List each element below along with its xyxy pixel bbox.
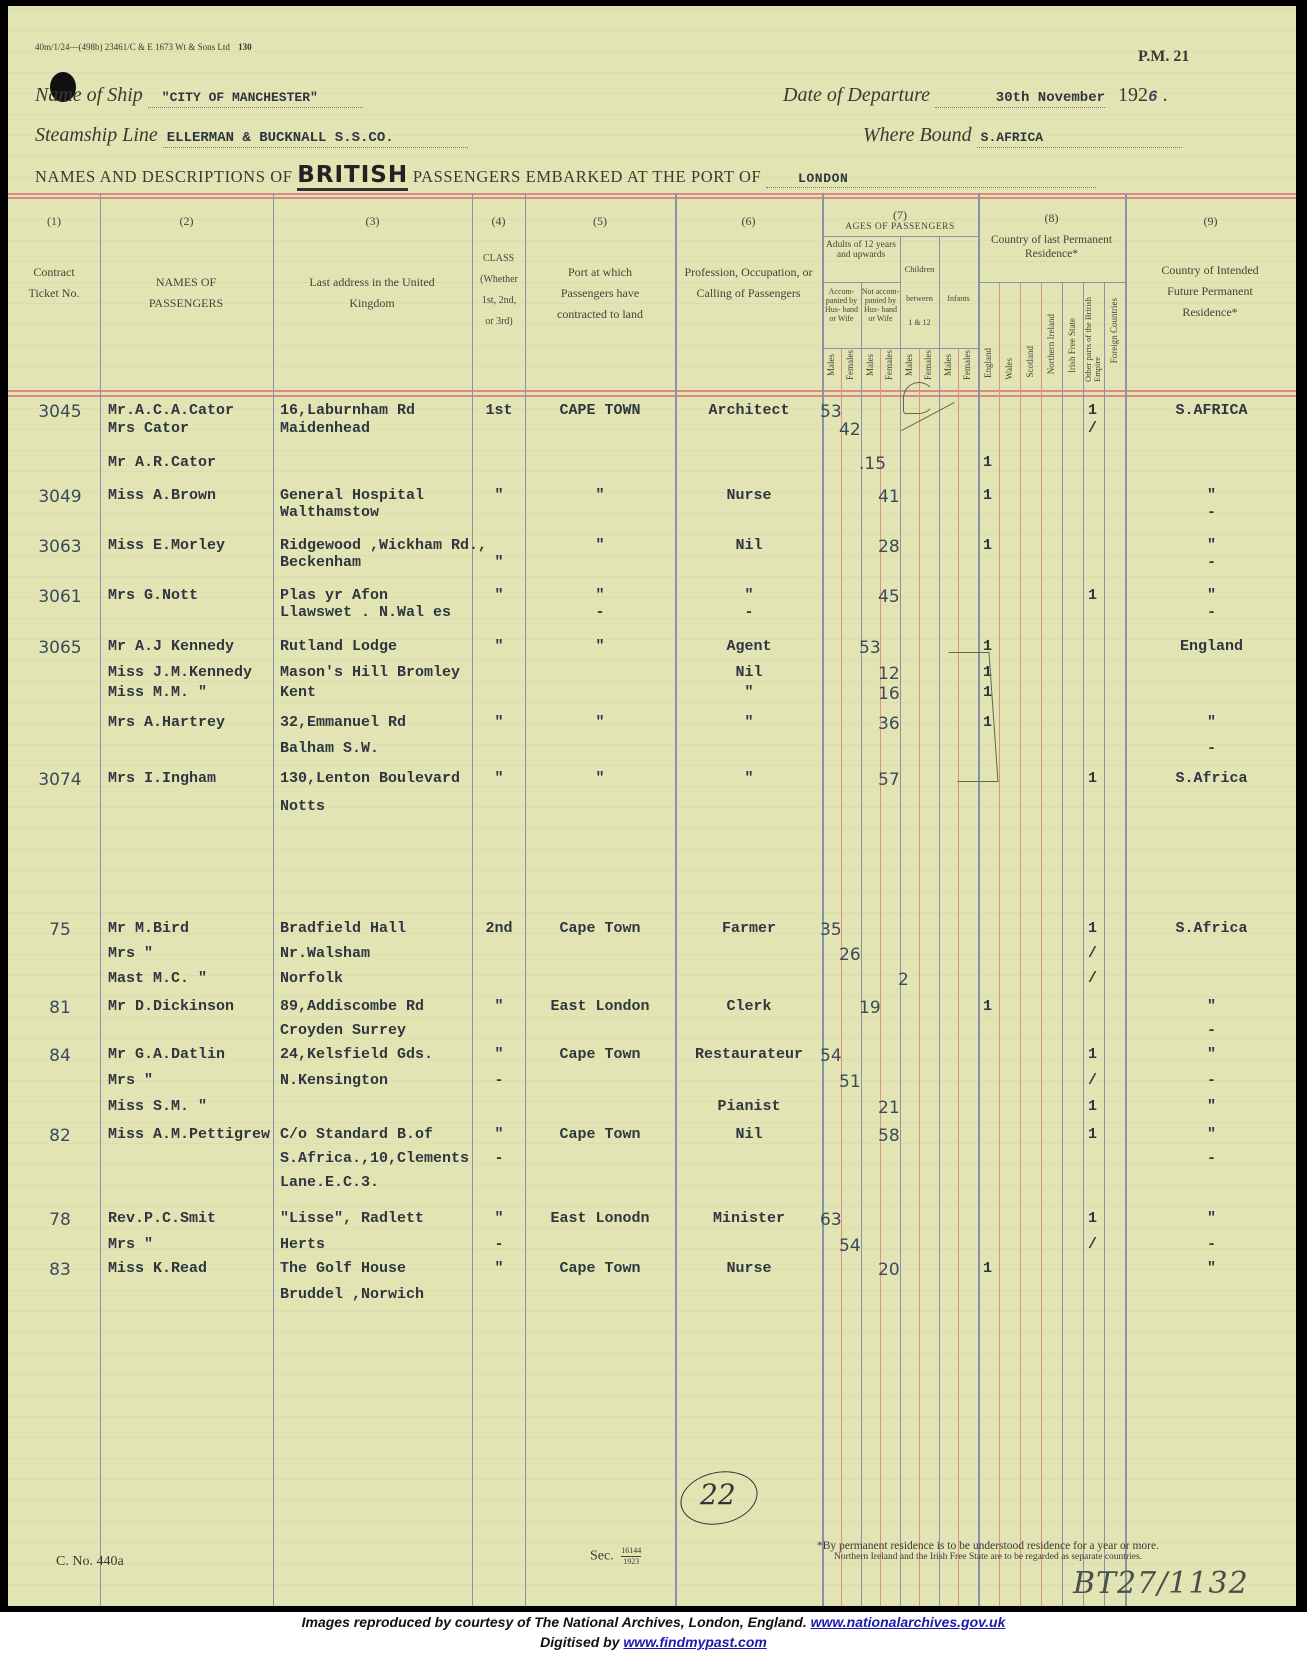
future-residence: S.Africa	[1127, 770, 1296, 787]
last-residence-mark: 1	[983, 454, 992, 471]
port-line: LONDON	[766, 167, 1096, 188]
last-residence-mark: /	[1088, 970, 1097, 987]
future-residence: -	[1127, 740, 1296, 757]
age-sub-females-3: Females	[923, 350, 933, 380]
last-address: Llawswet . N.Wal es	[280, 604, 451, 621]
landing-port: East Lonodn	[527, 1210, 673, 1227]
last-address: General Hospital	[280, 487, 424, 504]
passenger-name: Miss J.M.Kennedy	[108, 664, 252, 681]
passenger-name: Rev.P.C.Smit	[108, 1210, 216, 1227]
where-bound-value: S.AFRICA	[981, 130, 1043, 145]
title-post: PASSENGERS EMBARKED AT THE PORT OF	[413, 167, 761, 186]
credit-digitised-text: Digitised by	[540, 1634, 619, 1650]
col9-number: (9)	[1125, 211, 1296, 232]
col7-number: (7)	[822, 209, 978, 221]
passenger-name: Miss S.M. "	[108, 1098, 207, 1115]
last-residence-mark: 1	[1088, 587, 1097, 604]
profession: Nil	[677, 664, 821, 681]
res-sub-irish-free-state: Irish Free State	[1067, 318, 1077, 373]
passenger-age: 41	[878, 487, 900, 507]
profession: "	[677, 770, 821, 787]
passenger-age: 19	[859, 998, 881, 1018]
sec-fraction: 16144 1923	[621, 1546, 641, 1567]
last-residence-mark: 1	[1088, 1046, 1097, 1063]
last-address: Norfolk	[280, 970, 343, 987]
col8-label: Country of last Permanent Residence*	[989, 233, 1114, 261]
future-residence: "	[1127, 1210, 1296, 1227]
passenger-name: Miss M.M. "	[108, 684, 207, 701]
passenger-class: "	[474, 587, 524, 604]
passenger-age: 26	[839, 945, 861, 965]
landing-port: "	[527, 714, 673, 731]
passenger-age: 45	[878, 587, 900, 607]
profession: Agent	[677, 638, 821, 655]
ticket-number: 81	[30, 998, 90, 1018]
col5-header: (5) Port at which Passengers have contra…	[525, 211, 675, 325]
last-residence-mark: 1	[1088, 1210, 1097, 1227]
res-sub-line	[1104, 282, 1105, 1606]
last-address: "Lisse", Radlett	[280, 1210, 424, 1227]
check-mark-annotation	[903, 382, 935, 414]
passenger-class: "	[474, 714, 524, 731]
landing-port: "	[527, 638, 673, 655]
future-residence: "	[1127, 1098, 1296, 1115]
col9-label: Country of Intended Future Permanent Res…	[1145, 260, 1275, 323]
future-residence: -	[1127, 504, 1296, 521]
last-address: Maidenhead	[280, 420, 370, 437]
col-divider-3	[472, 193, 473, 1606]
page-number-handwritten: 22	[700, 1478, 736, 1511]
age-sub-line	[900, 236, 901, 1606]
where-bound-label: Where Bound	[863, 124, 972, 146]
passenger-age: 12	[878, 664, 900, 684]
where-bound-field: Where Bound S.AFRICA	[863, 124, 1182, 148]
profession: Restaurateur	[677, 1046, 821, 1063]
age-header-rule	[822, 282, 900, 283]
passenger-name: Mr D.Dickinson	[108, 998, 234, 1015]
passenger-age: 36	[878, 714, 900, 734]
departure-date-field: Date of Departure 30th November 1926 .	[783, 84, 1168, 108]
last-address: Nr.Walsham	[280, 945, 370, 962]
title-pre: NAMES AND DESCRIPTIONS OF	[35, 167, 293, 186]
last-address: Bruddel ,Norwich	[280, 1286, 424, 1303]
future-residence: "	[1127, 1046, 1296, 1063]
future-residence: -	[1127, 1150, 1296, 1167]
last-address: Mason's Hill Bromley	[280, 664, 460, 681]
passenger-class: "	[474, 1126, 524, 1143]
future-residence: "	[1127, 1260, 1296, 1277]
last-address: Lane.E.C.3.	[280, 1174, 379, 1191]
last-residence-mark: 1	[983, 537, 992, 554]
col9-header: (9) Country of Intended Future Permanent…	[1125, 211, 1296, 323]
between-range: 1 & 12	[900, 318, 939, 328]
profession: Nurse	[677, 487, 821, 504]
passenger-class: "	[474, 487, 524, 504]
future-residence: "	[1127, 714, 1296, 731]
archive-reference-handwritten: BT27/1132	[1073, 1566, 1249, 1601]
profession: Minister	[677, 1210, 821, 1227]
col1-number: (1)	[8, 211, 100, 232]
passenger-age: 2	[898, 970, 909, 990]
col4-label: CLASS	[472, 248, 525, 269]
col7-header: (7) AGES OF PASSENGERS	[822, 209, 978, 233]
passenger-age: 42	[839, 420, 861, 440]
passenger-class: "	[474, 638, 524, 655]
last-residence-mark: 1	[1088, 1126, 1097, 1143]
last-residence-mark: 1	[983, 998, 992, 1015]
last-residence-mark: 1	[1088, 1098, 1097, 1115]
last-residence-mark: /	[1088, 945, 1097, 962]
header-top-rule	[8, 193, 1296, 195]
footnote-line-1: *By permanent residence is to be underst…	[738, 1540, 1238, 1552]
col6-label: Profession, Occupation, or Calling of Pa…	[681, 262, 816, 304]
departure-date-line: 30th November	[935, 84, 1105, 108]
passenger-name: Mr G.A.Datlin	[108, 1046, 225, 1063]
between-header: between 1 & 12	[900, 294, 939, 328]
profession: -	[677, 604, 821, 621]
landing-port: -	[527, 604, 673, 621]
passenger-age: 58	[878, 1126, 900, 1146]
ship-name-label: Name of Ship	[35, 84, 143, 106]
res-sub-line	[1062, 282, 1063, 1606]
ticket-number: 83	[30, 1260, 90, 1280]
passenger-class: 1st	[474, 402, 524, 419]
future-residence: -	[1127, 1022, 1296, 1039]
passenger-name: Miss E.Morley	[108, 537, 225, 554]
last-address: Ridgewood ,Wickham Rd.,	[280, 537, 487, 554]
last-residence-mark: 1	[983, 487, 992, 504]
res-sub-line	[1020, 282, 1021, 1606]
age-header-rule	[822, 236, 978, 237]
credit-line-1: Images reproduced by courtesy of The Nat…	[0, 1612, 1307, 1632]
age-sub-females-1: Females	[845, 350, 855, 380]
profession: Nurse	[677, 1260, 821, 1277]
profession: "	[677, 714, 821, 731]
children-header: Children	[900, 264, 939, 274]
ticket-number: 75	[30, 920, 90, 940]
passenger-age: 35	[820, 920, 842, 940]
landing-port: "	[527, 770, 673, 787]
passenger-age: 54	[820, 1046, 842, 1066]
landing-port: Cape Town	[527, 920, 673, 937]
future-residence: "	[1127, 1126, 1296, 1143]
landing-port: "	[527, 587, 673, 604]
last-address: Notts	[280, 798, 325, 815]
footnote: *By permanent residence is to be underst…	[738, 1540, 1238, 1562]
last-address: The Golf House	[280, 1260, 406, 1277]
passenger-name: Miss A.M.Pettigrew	[108, 1126, 270, 1143]
passenger-name: Mrs Cator	[108, 420, 189, 437]
not-accompanied-header: Not accom- panied by Hus- band or Wife	[861, 287, 900, 323]
passenger-age: 28	[878, 537, 900, 557]
last-address: 16,Laburnham Rd	[280, 402, 415, 419]
header-top-rule-2	[8, 197, 1296, 199]
print-code-text: 40m/1/24—(498b) 23461/C & E 1673 Wt & So…	[35, 42, 230, 52]
col4-sublabel: (Whether 1st, 2nd, or 3rd)	[477, 269, 521, 332]
future-residence: "	[1127, 998, 1296, 1015]
future-residence: England	[1127, 638, 1296, 655]
future-residence: -	[1127, 604, 1296, 621]
age-sub-line	[939, 236, 940, 1606]
future-residence: "	[1127, 537, 1296, 554]
departure-year-printed: 192	[1118, 84, 1148, 106]
passenger-name: Mr A.R.Cator	[108, 454, 216, 471]
departure-date-label: Date of Departure	[783, 84, 930, 106]
passenger-name: Mrs "	[108, 945, 153, 962]
sec-reference: Sec. 16144 1923	[590, 1546, 641, 1567]
ticket-number: 3074	[30, 770, 90, 790]
col-divider-7	[978, 193, 980, 1606]
last-residence-mark: /	[1088, 420, 1097, 437]
future-residence: -	[1127, 1072, 1296, 1089]
ticket-number: 84	[30, 1046, 90, 1066]
passenger-age: 63	[820, 1210, 842, 1230]
passenger-class: "	[474, 1046, 524, 1063]
passenger-class: "	[474, 554, 524, 571]
age-sub-females-2: Females	[884, 350, 894, 380]
profession: Clerk	[677, 998, 821, 1015]
col3-number: (3)	[273, 211, 472, 232]
res-sub-england: England	[983, 348, 993, 378]
passenger-name: Mr.A.C.A.Cator	[108, 402, 234, 419]
passenger-name: Mrs A.Hartrey	[108, 714, 225, 731]
last-address: C/o Standard B.of	[280, 1126, 433, 1143]
last-residence-mark: /	[1088, 1236, 1097, 1253]
last-address: Herts	[280, 1236, 325, 1253]
age-sub-males-2: Males	[865, 354, 875, 376]
last-residence-mark: 1	[983, 1260, 992, 1277]
where-bound-line: S.AFRICA	[977, 124, 1182, 148]
last-address: N.Kensington	[280, 1072, 388, 1089]
passenger-age: 16	[878, 684, 900, 704]
ship-name-field: Name of Ship "CITY OF MANCHESTER"	[35, 84, 395, 108]
adults-header: Adults of 12 years and upwards	[822, 240, 900, 260]
last-address: Balham S.W.	[280, 740, 379, 757]
col6-header: (6) Profession, Occupation, or Calling o…	[675, 211, 822, 304]
last-address: 32,Emmanuel Rd	[280, 714, 406, 731]
age-sub-females-4: Females	[962, 350, 972, 380]
profession: Architect	[677, 402, 821, 419]
ship-name-line: "CITY OF MANCHESTER"	[148, 84, 363, 108]
passenger-class: "	[474, 998, 524, 1015]
col4-number: (4)	[472, 211, 525, 232]
port-value: LONDON	[798, 171, 848, 186]
sec-denominator: 1923	[621, 1557, 641, 1567]
passenger-name: Mrs I.Ingham	[108, 770, 216, 787]
form-number: P.M. 21	[1138, 48, 1189, 66]
steamship-line-line: ELLERMAN & BUCKNALL S.S.CO.	[163, 124, 468, 148]
ticket-number: 82	[30, 1126, 90, 1146]
col-divider-4	[525, 193, 526, 1606]
age-sub-line	[841, 348, 842, 1606]
col-divider-2	[273, 193, 274, 1606]
age-sub-males-3: Males	[904, 354, 914, 376]
passenger-class: -	[474, 1072, 524, 1089]
landing-port: Cape Town	[527, 1260, 673, 1277]
age-sub-line	[958, 348, 959, 1606]
title-british: BRITISH	[297, 162, 408, 191]
passenger-name: Mrs "	[108, 1072, 153, 1089]
ship-name-value: "CITY OF MANCHESTER"	[162, 90, 318, 105]
col5-number: (5)	[525, 211, 675, 232]
col3-header: (3) Last address in the United Kingdom	[273, 211, 472, 314]
age-sub-males-4: Males	[943, 354, 953, 376]
last-address: S.Africa.,10,Clements	[280, 1150, 469, 1167]
profession: Nil	[677, 1126, 821, 1143]
res-sub-northern-ireland: Northern Ireland	[1046, 314, 1056, 374]
col2-number: (2)	[100, 211, 273, 232]
last-residence-mark: 1	[1088, 402, 1097, 419]
res-sub-foreign: Foreign Countries	[1109, 298, 1119, 363]
infants-header: Infants	[939, 294, 978, 304]
credit-footer: Images reproduced by courtesy of The Nat…	[0, 1612, 1307, 1655]
future-residence: S.Africa	[1127, 920, 1296, 937]
profession: Pianist	[677, 1098, 821, 1115]
sec-label: Sec.	[590, 1549, 614, 1564]
passenger-name: Mast M.C. "	[108, 970, 207, 987]
header-bottom-rule	[8, 390, 1296, 392]
col6-number: (6)	[675, 211, 822, 232]
col4-header: (4) CLASS (Whether 1st, 2nd, or 3rd)	[472, 211, 525, 332]
col8-number: (8)	[978, 211, 1125, 225]
departure-year-typed: 6	[1148, 88, 1158, 106]
form-title: NAMES AND DESCRIPTIONS OF BRITISH PASSEN…	[35, 162, 1096, 188]
age-sub-line	[919, 348, 920, 1606]
last-address: Walthamstow	[280, 504, 379, 521]
last-address: 89,Addiscombe Rd	[280, 998, 424, 1015]
col5-label: Port at which Passengers have contracted…	[545, 262, 655, 325]
landing-port: "	[527, 487, 673, 504]
profession: "	[677, 587, 821, 604]
passenger-name: Mr A.J Kennedy	[108, 638, 234, 655]
last-address: Rutland Lodge	[280, 638, 397, 655]
last-address: Plas yr Afon	[280, 587, 388, 604]
ticket-number: 78	[30, 1210, 90, 1230]
print-code-number: 130	[238, 42, 252, 52]
res-sub-british-empire: Other parts of the British Empire	[1084, 286, 1102, 382]
ticket-number: 3045	[30, 402, 90, 422]
landing-port: "	[527, 537, 673, 554]
passenger-age: 53	[859, 638, 881, 658]
document-scan: 40m/1/24—(498b) 23461/C & E 1673 Wt & So…	[0, 0, 1307, 1612]
passenger-age: 21	[878, 1098, 900, 1118]
landing-port: East London	[527, 998, 673, 1015]
last-address: Beckenham	[280, 554, 361, 571]
res-sub-line	[1041, 282, 1042, 1606]
footnote-line-2: Northern Ireland and the Irish Free Stat…	[738, 1552, 1238, 1562]
credit-line-2: Digitised by www.findmypast.com	[0, 1632, 1307, 1652]
ticket-number: 3049	[30, 487, 90, 507]
passenger-age: 53	[820, 402, 842, 422]
last-address: 130,Lenton Boulevard	[280, 770, 460, 787]
last-residence-mark: 1	[1088, 770, 1097, 787]
passenger-age: 57	[878, 770, 900, 790]
passenger-name: Miss A.Brown	[108, 487, 216, 504]
passenger-name: Mr M.Bird	[108, 920, 189, 937]
future-residence: S.AFRICA	[1127, 402, 1296, 419]
ticket-number: 3065	[30, 638, 90, 658]
passenger-name: Mrs G.Nott	[108, 587, 198, 604]
landing-port: Cape Town	[527, 1046, 673, 1063]
last-address: Kent	[280, 684, 316, 701]
col1-header: (1) Contract Ticket No.	[8, 211, 100, 304]
res-sub-line	[999, 282, 1000, 1606]
steamship-line-field: Steamship Line ELLERMAN & BUCKNALL S.S.C…	[35, 124, 515, 148]
future-residence: -	[1127, 554, 1296, 571]
last-residence-mark: 1	[1088, 920, 1097, 937]
passenger-list-form: 40m/1/24—(498b) 23461/C & E 1673 Wt & So…	[8, 6, 1296, 1606]
future-residence: "	[1127, 487, 1296, 504]
passenger-age: 51	[839, 1072, 861, 1092]
res-header-rule	[978, 282, 1125, 283]
passenger-name: Miss K.Read	[108, 1260, 207, 1277]
col-divider-1	[100, 193, 101, 1606]
age-sub-line	[861, 282, 862, 1606]
future-residence: -	[1127, 1236, 1296, 1253]
findmypast-link[interactable]: www.findmypast.com	[623, 1634, 766, 1650]
col2-label: NAMES OF PASSENGERS	[136, 272, 236, 314]
steamship-line-label: Steamship Line	[35, 124, 158, 146]
res-sub-wales: Wales	[1004, 358, 1014, 380]
last-address: 24,Kelsfield Gds.	[280, 1046, 433, 1063]
print-code: 40m/1/24—(498b) 23461/C & E 1673 Wt & So…	[35, 42, 252, 52]
passenger-name: Mrs "	[108, 1236, 153, 1253]
passenger-class: "	[474, 1260, 524, 1277]
col3-label: Last address in the United Kingdom	[307, 272, 437, 314]
between-label: between	[900, 294, 939, 304]
ticket-number: 3063	[30, 537, 90, 557]
sec-numerator: 16144	[621, 1546, 641, 1557]
departure-date-value: 30th November	[996, 90, 1105, 106]
col8-header: (8) Country of last Permanent Residence*	[978, 211, 1125, 261]
credit-archives-text: Images reproduced by courtesy of The Nat…	[302, 1614, 807, 1630]
passenger-class: "	[474, 770, 524, 787]
passenger-class: 2nd	[474, 920, 524, 937]
age-header-rule	[822, 348, 978, 349]
last-residence-mark: /	[1088, 1072, 1097, 1089]
landing-port: CAPE TOWN	[527, 402, 673, 419]
last-address: Croyden Surrey	[280, 1022, 406, 1039]
passenger-class: "	[474, 1210, 524, 1227]
passenger-age: .15	[859, 454, 886, 474]
profession: Nil	[677, 537, 821, 554]
header-bottom-rule-2	[8, 395, 1296, 397]
c-number: C. No. 440a	[56, 1554, 124, 1570]
last-address: Bradfield Hall	[280, 920, 406, 937]
profession: "	[677, 684, 821, 701]
national-archives-link[interactable]: www.nationalarchives.gov.uk	[811, 1614, 1006, 1630]
accompanied-header: Accom- panied by Hus- band or Wife	[822, 287, 861, 323]
steamship-line-value: ELLERMAN & BUCKNALL S.S.CO.	[167, 130, 394, 146]
passenger-class: -	[474, 1150, 524, 1167]
landing-port: Cape Town	[527, 1126, 673, 1143]
res-sub-line	[1083, 282, 1084, 1606]
res-sub-scotland: Scotland	[1025, 346, 1035, 378]
col7-label: AGES OF PASSENGERS	[822, 221, 978, 233]
col1-label: Contract Ticket No.	[24, 262, 84, 304]
passenger-class: -	[474, 1236, 524, 1253]
ticket-number: 3061	[30, 587, 90, 607]
passenger-age: 20	[878, 1260, 900, 1280]
profession: Farmer	[677, 920, 821, 937]
age-sub-males-1: Males	[826, 354, 836, 376]
future-residence: "	[1127, 587, 1296, 604]
passenger-age: 54	[839, 1236, 861, 1256]
col2-header: (2) NAMES OF PASSENGERS	[100, 211, 273, 314]
